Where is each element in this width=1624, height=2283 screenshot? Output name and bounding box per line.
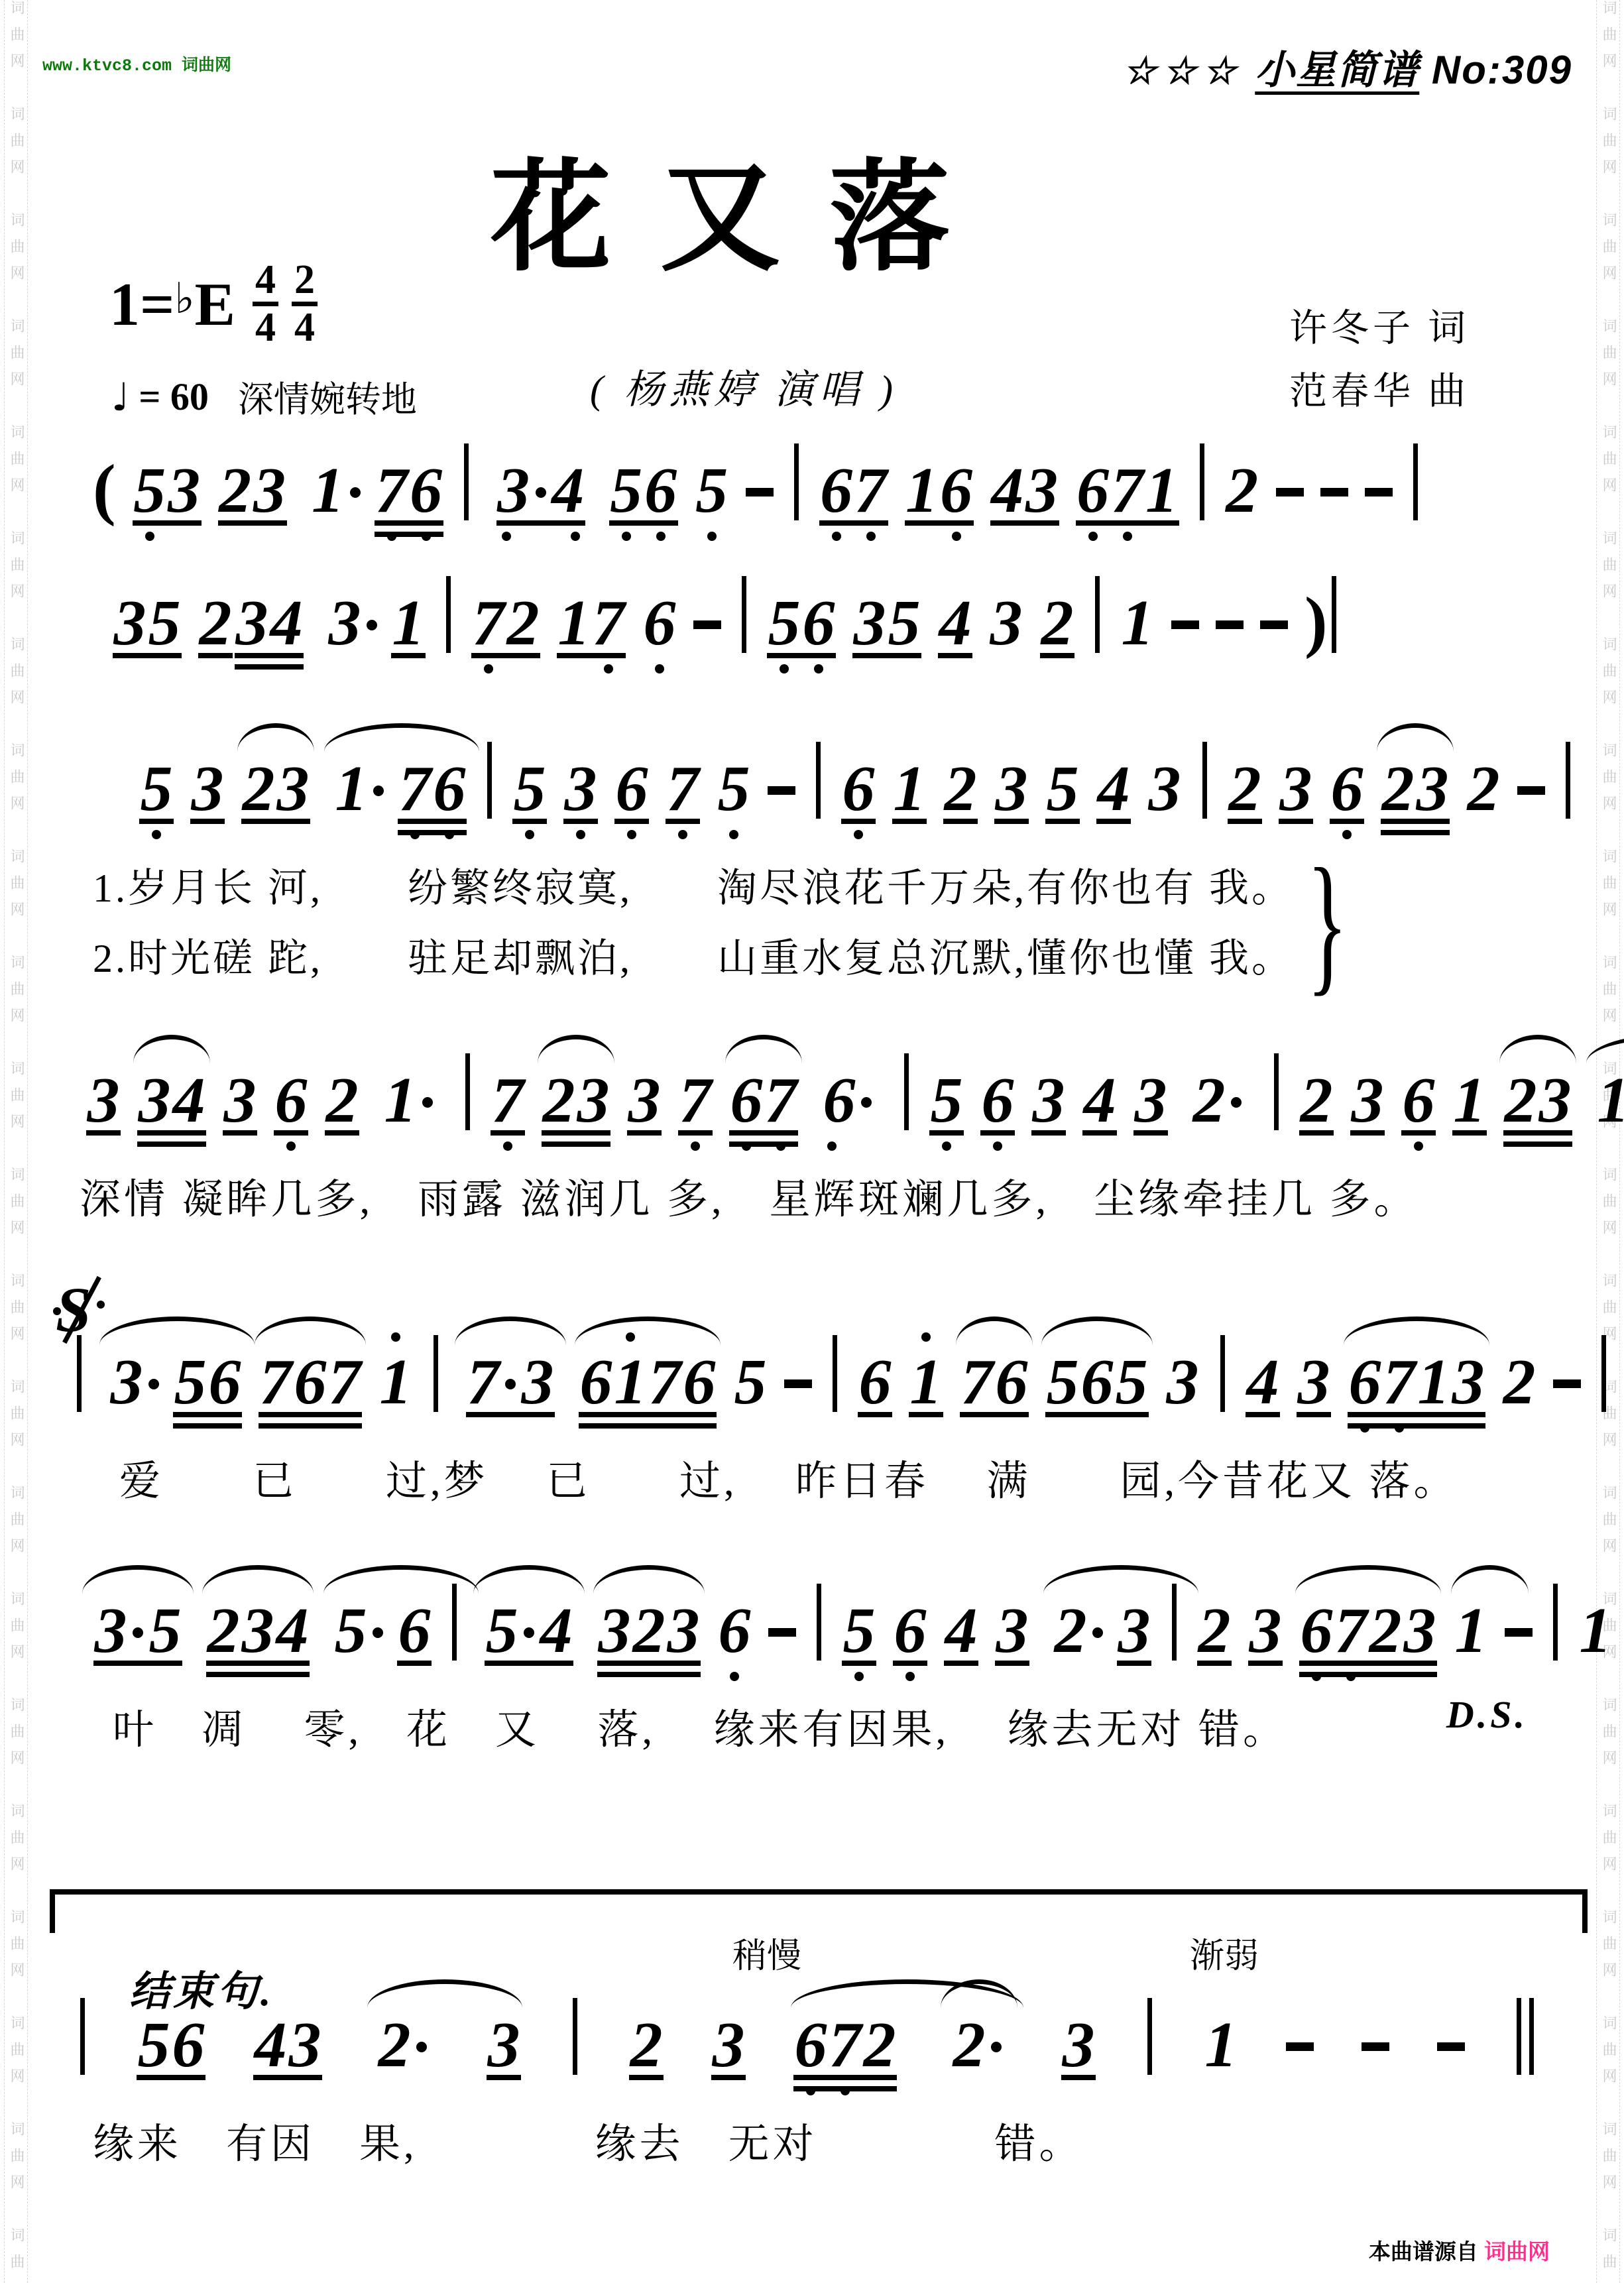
note: 2 [1502,1326,1537,1441]
barline-stroke [742,576,746,653]
note-digit: 6 [822,1071,856,1130]
barline [461,1044,474,1159]
note: 1 [327,732,396,848]
low-octave-dot-icon [1088,532,1098,541]
note-digit: 3 [113,593,147,653]
barline [1513,1989,1538,2104]
barline-stroke [487,742,492,819]
note: 3 [1297,1326,1331,1441]
note-digit: 2 [1299,1071,1334,1130]
note: 1 [1454,1574,1488,1690]
barline [1409,434,1422,550]
note-digit: 7 [960,1352,994,1412]
note-digit: 3 [995,1601,1029,1661]
note: 17 [557,567,626,682]
note-digit: 3 [288,2015,322,2075]
note: 34 [489,434,593,550]
note-digit: 6 [841,759,876,819]
note-digit: 4 [551,461,585,520]
meter-numerator: 2 [292,259,318,306]
note-digit: 3 [109,1352,144,1412]
dash-rest-icon [1365,488,1393,497]
barline-stroke [1220,1335,1225,1412]
note: 5 [1045,732,1080,848]
note-digit: 7 [1334,1601,1368,1661]
low-dot-cell [854,526,888,541]
note-digit: 3 [1031,1071,1066,1130]
dash-rest-icon [746,488,774,497]
note-digit: 1 [1454,1601,1488,1661]
low-octave-dot-icon [854,830,863,839]
note: 73 [459,1326,562,1441]
note-digit: 3 [496,461,531,520]
high-dot-cell [378,1332,413,1346]
singer-line: ( 杨燕婷 演唱 ) [590,358,898,415]
note-digit: 6 [642,593,677,653]
note-digit: 1 [1145,461,1179,520]
stars-icon: ☆☆☆ [1123,50,1243,91]
note-digit: 4 [539,1601,573,1661]
augmentation-dot-icon [148,1379,159,1389]
slur-arc-icon [956,1317,1033,1345]
augmentation-dot-icon [536,487,546,498]
note: 5 [139,732,174,848]
second-beam-line [579,1423,717,1429]
note-digit: 6 [793,2015,828,2075]
dash-rest-icon [1320,488,1348,497]
note: 4 [1096,732,1131,848]
low-octave-dot-icon [827,1141,837,1151]
second-beam-line [259,1423,362,1429]
note: 565 [1045,1326,1149,1441]
low-octave-dot-icon [814,664,823,673]
barline-stroke [1200,443,1204,520]
slur-arc-icon [538,1035,614,1063]
note-digit: 1 [613,1352,648,1412]
note: 7 [678,1044,713,1159]
note-digit: 1 [1578,1601,1613,1661]
barline-stroke [434,1335,438,1412]
note-digit [412,2042,432,2075]
barline [73,1326,86,1441]
note-digit: 5 [485,1601,519,1661]
low-dot-cell [842,1666,876,1681]
note-digit: 3 [1451,1352,1485,1412]
note-digit: 2 [1503,1071,1538,1130]
note: 67 [729,1044,798,1159]
note-digit: 6 [207,1352,242,1412]
note: 43 [990,434,1059,550]
barline-stroke [833,1335,837,1412]
verse-line: 2.时光磋 跎, 驻足却飘泊, 山重水复总沉默,懂你也懂 我。 [93,923,1294,994]
note-digit: 2 [198,593,233,653]
note-digit: 1 [905,461,939,520]
sheet-music-page: 词曲网 词曲网 词曲网 词曲网 词曲网 词曲网 词曲网 词曲网 词曲网 词曲网 … [0,0,1624,2283]
note-digit [531,487,551,520]
note: 2 [370,1989,439,2104]
note-digit: 6 [858,1352,892,1412]
barline [430,1326,442,1441]
barline-stroke [816,742,821,819]
dash-note [1216,567,1244,682]
note: 56 [173,1326,242,1441]
note-digit: 7 [327,1352,362,1412]
slur-arc-icon [255,1317,366,1345]
note: 6 [274,1044,308,1159]
low-octave-dot-icon [622,532,631,541]
note-digit: 2 [325,1071,359,1130]
meter-fractions: 4 4 2 4 [253,259,318,349]
barline [738,567,750,682]
note-digit: 1 [334,759,369,819]
key-note: E [195,270,235,338]
paren-glyph: ( [93,458,116,520]
tempo-value: = 60 [139,375,209,419]
dash-note [768,1574,796,1690]
note-digit: 2 [1040,593,1074,653]
note: 7 [491,1044,525,1159]
note-digit: 6 [1299,1601,1334,1661]
note: 2 [945,1989,1014,2104]
dash-rest-icon [1286,2042,1314,2051]
composer-credit: 范春华 曲 [1289,360,1470,423]
low-octave-dot-icon [832,532,841,541]
low-dot-cell [563,824,598,839]
note-digit: 5 [717,759,751,819]
barline [448,1574,461,1690]
barline [1270,1044,1283,1159]
note-digit: 1 [311,461,345,520]
dash-note [1286,1989,1314,2104]
low-octave-dot-icon [571,532,580,541]
notes-row: 35676717361765617656534367132 [40,1326,1588,1441]
barline [1549,1574,1562,1690]
note: 3 [1133,1044,1168,1159]
note-digit: 5 [767,593,801,653]
dash-rest-icon [1517,786,1545,795]
barline [460,434,473,550]
note: 56 [137,1989,205,2104]
barline-stroke [1274,1053,1279,1130]
note-digit: 3 [1538,1071,1572,1130]
note: 23 [1503,1044,1572,1159]
low-octave-dot-icon [1414,1141,1423,1151]
note-digit [418,1097,437,1130]
barline-stroke [1095,576,1100,653]
low-octave-dot-icon [730,1672,739,1681]
note: 35 [113,567,182,682]
second-beam-line [1381,830,1450,835]
barline-stroke [1553,1584,1558,1661]
note-digit: 3 [852,593,887,653]
note: 7 [666,732,700,848]
note-digit: 3 [666,1601,701,1661]
note-digit: 6 [893,1601,927,1661]
note-digit [986,2042,1006,2075]
note-digit: 6 [801,593,836,653]
low-dot-cell [591,658,626,673]
note-digit: 4 [275,1601,310,1661]
low-octave-dot-icon [484,664,493,673]
note-digit: 4 [172,1071,206,1130]
note: 323 [597,1574,701,1690]
dash-rest-icon [1276,488,1304,497]
note-digit: 6 [980,1071,1015,1130]
barline [442,567,455,682]
footer-credit: 本曲谱源自 词曲网 [1369,2235,1550,2266]
note-digit: 5 [609,461,644,520]
note-digit: 3 [1279,759,1313,819]
note-digit: 6 [1080,1352,1114,1412]
note-digit: 7 [1110,461,1145,520]
note: 3 [995,1574,1029,1690]
slur-arc-icon [725,1035,802,1063]
barline [569,1989,581,2104]
note-digit: 6 [397,1601,432,1661]
note: 5 [842,1574,876,1690]
note-digit: 1 [909,1352,943,1412]
second-beam-line [398,830,467,835]
dash-note [746,434,774,550]
note-digit: 5 [133,461,167,520]
note: 3 [1061,1989,1096,2104]
barline [1091,567,1104,682]
augmentation-dot-icon [373,1627,383,1638]
note: 1 [1589,1044,1624,1159]
slur-arc-icon [575,1317,721,1345]
note: 6 [397,1574,432,1690]
note: 1 [1120,567,1155,682]
note-digit: 6 [1401,1071,1436,1130]
note-digit: 1 [1596,1071,1624,1130]
note-digit: 6 [729,1071,764,1130]
barline [1597,1326,1610,1441]
note: 1 [391,567,426,682]
quarter-note-icon: ♩ [111,375,129,420]
note: 6723 [1299,1574,1437,1690]
note-digit: 6 [274,1071,308,1130]
barline-stroke [1566,742,1570,819]
barline-stroke [465,1053,470,1130]
note-digit: 6 [717,1601,752,1661]
left-watermark-rail: 词曲网 词曲网 词曲网 词曲网 词曲网 词曲网 词曲网 词曲网 词曲网 词曲网 … [4,0,28,2283]
low-octave-dot-icon [655,664,664,673]
low-octave-dot-icon [905,1672,915,1681]
notes-row: 5323176536756123543236232 [40,732,1588,848]
note-digit: 3 [1133,1071,1168,1130]
second-beam-line [1299,1672,1437,1677]
low-octave-dot-icon [1123,532,1132,541]
lyric-line: 深情 凝眸几多, 雨露 滋润几 多, 星辉斑斓几多, 尘缘牵挂几 多。 [40,1166,1588,1225]
note: 2 [1185,1044,1253,1159]
note: 2 [1040,567,1074,682]
note-digit: 2 [1197,1601,1232,1661]
slur-arc-icon [1499,1035,1576,1063]
slur-arc-icon [1295,1565,1441,1594]
note: 4 [1246,1326,1280,1441]
barline [1562,732,1574,848]
note-digit: 1 [383,1071,418,1130]
note: 5 [929,1044,964,1159]
note-digit: 5 [695,461,729,520]
music-system: (5323176345656716436712 [40,434,1588,550]
low-dot-cell [489,526,524,541]
slur-arc-icon [473,1565,585,1594]
note: 76 [960,1326,1029,1441]
note: 6 [642,567,677,682]
verse-brace: } [1306,857,1348,990]
note: 5 [695,434,729,550]
low-octave-dot-icon [942,1141,951,1151]
barline-stroke [817,1584,821,1661]
lyric-line: 缘来 有因 果, 缘去 无对 错。 [40,2111,1588,2170]
barline [790,434,803,550]
note: 3 [994,732,1029,848]
augmentation-dot-icon [373,786,384,796]
barline [812,732,825,848]
note-digit: 3 [223,1071,257,1130]
note-digit [368,1627,388,1661]
barline-stroke [1529,1998,1534,2075]
note: 34 [137,1044,206,1159]
paren-glyph: ) [1305,591,1328,653]
note-digit: 6 [1348,1352,1382,1412]
note-digit: 3 [563,759,598,819]
low-octave-dot-icon [656,532,666,541]
note: 2 [943,732,978,848]
meter-numerator: 4 [253,259,278,306]
low-dot-cell [133,526,167,541]
note: 6 [841,732,876,848]
augmentation-dot-icon [133,1627,143,1638]
note: 1 [1578,1574,1613,1690]
second-beam-line [793,2086,897,2091]
augmentation-dot-icon [367,620,377,630]
low-octave-dot-icon [993,1141,1002,1151]
dash-rest-icon [1171,620,1199,629]
low-octave-dot-icon [576,830,585,839]
low-dot-cell [678,1136,713,1151]
note: 5 [326,1574,395,1690]
issue-number: No:309 [1432,48,1572,92]
notes-row: 35234317217656354321) [40,567,1588,682]
music-system: 53231765367561235432362321.岁月长 河, 纷繁终寂寞,… [40,732,1588,994]
low-octave-dot-icon [866,532,876,541]
note-digit: 4 [938,593,972,653]
augmentation-dot-icon [1231,1097,1242,1108]
note-digit: 6 [994,1352,1029,1412]
note: 35 [86,1574,190,1690]
notes-row: 352345654323656432323672311 [40,1574,1588,1690]
note-digit: 7 [375,461,409,520]
dash-note [693,567,721,682]
second-beam-line [1348,1423,1485,1429]
note: 3 [627,1044,662,1159]
note-digit: 2 [952,2015,986,2075]
barline-stroke [1147,1998,1152,2075]
note-digit: 6 [644,461,678,520]
note-digit: 3 [1061,2015,1096,2075]
note-digit: 6 [409,461,443,520]
note-digit: 4 [1246,1352,1280,1412]
note-digit: 3 [137,1071,172,1130]
ds-mark: D.S. [1446,1692,1528,1737]
barline: ) [1305,567,1340,682]
low-dot-cell [1110,526,1145,541]
note: 5 [733,1326,768,1441]
low-octave-dot-icon [604,664,613,673]
dash-rest-icon [768,786,795,795]
note-digit: 7 [1382,1352,1417,1412]
key-signature: 1=♭E [109,269,235,339]
meter-denominator: 4 [294,306,315,349]
verse-line: 1.岁月长 河, 纷繁终寂寞, 淘尽浪花千万朵,有你也有 我。 [93,853,1294,923]
note-digit: 7 [591,593,626,653]
note-digit [362,620,382,653]
low-dot-cell [666,824,700,839]
note: 3 [102,1326,171,1441]
note-digit: 6 [682,1352,717,1412]
note-digit [856,1097,876,1130]
note: 2 [629,1989,664,2104]
flat-icon: ♭ [174,274,194,323]
note: 2 [1299,1044,1334,1159]
low-octave-dot-icon [729,830,738,839]
note-digit: 6 [171,2015,205,2075]
note: 3 [1117,1574,1151,1690]
note-digit: 2 [1228,759,1262,819]
note-digit: 5 [1045,1352,1080,1412]
source-link: www.ktvc8.com 词曲网 [42,52,231,76]
note: 76 [398,732,467,848]
note: 5 [717,732,751,848]
note-digit: 3 [520,1352,555,1412]
note: 2 [1225,434,1259,550]
note-digit [1226,1097,1246,1130]
low-octave-dot-icon [854,1672,864,1681]
note-digit: 6 [1076,461,1110,520]
note: 2 [1228,732,1262,848]
high-octave-dot-icon [391,1332,400,1342]
augmentation-dot-icon [350,487,361,498]
note-digit: 3 [190,759,225,819]
note-digit: 4 [1082,1071,1117,1130]
note-digit: 5 [139,759,174,819]
note-digit: 3 [253,461,287,520]
dash-note [1437,1989,1465,2104]
low-octave-dot-icon [952,532,961,541]
note-digit: 1 [1417,1352,1451,1412]
dash-note [1320,434,1348,550]
note-digit: 4 [253,2015,288,2075]
note-digit: 3 [1297,1352,1331,1412]
note-digit: 3 [1248,1601,1283,1661]
note-digit: 3 [1117,1601,1151,1661]
low-dot-cell [815,1136,849,1151]
dash-rest-icon [1216,620,1244,629]
note-digit: 7 [466,1352,500,1412]
note-digit: 5 [137,2015,171,2075]
note-digit: 5 [1045,759,1080,819]
dynamics-mark: 渐弱 [1190,1928,1259,1977]
low-dot-cell [512,824,547,839]
note: 1 [1204,1989,1238,2104]
low-dot-cell [939,526,974,541]
meter-2-4: 2 4 [292,259,318,349]
lyric-line: 叶 凋 零, 花 又 落, 缘来有因果, 缘去无对 错。D.S. [40,1696,1588,1755]
second-beam-line [542,1141,610,1147]
note-digit: 1 [1120,593,1155,653]
